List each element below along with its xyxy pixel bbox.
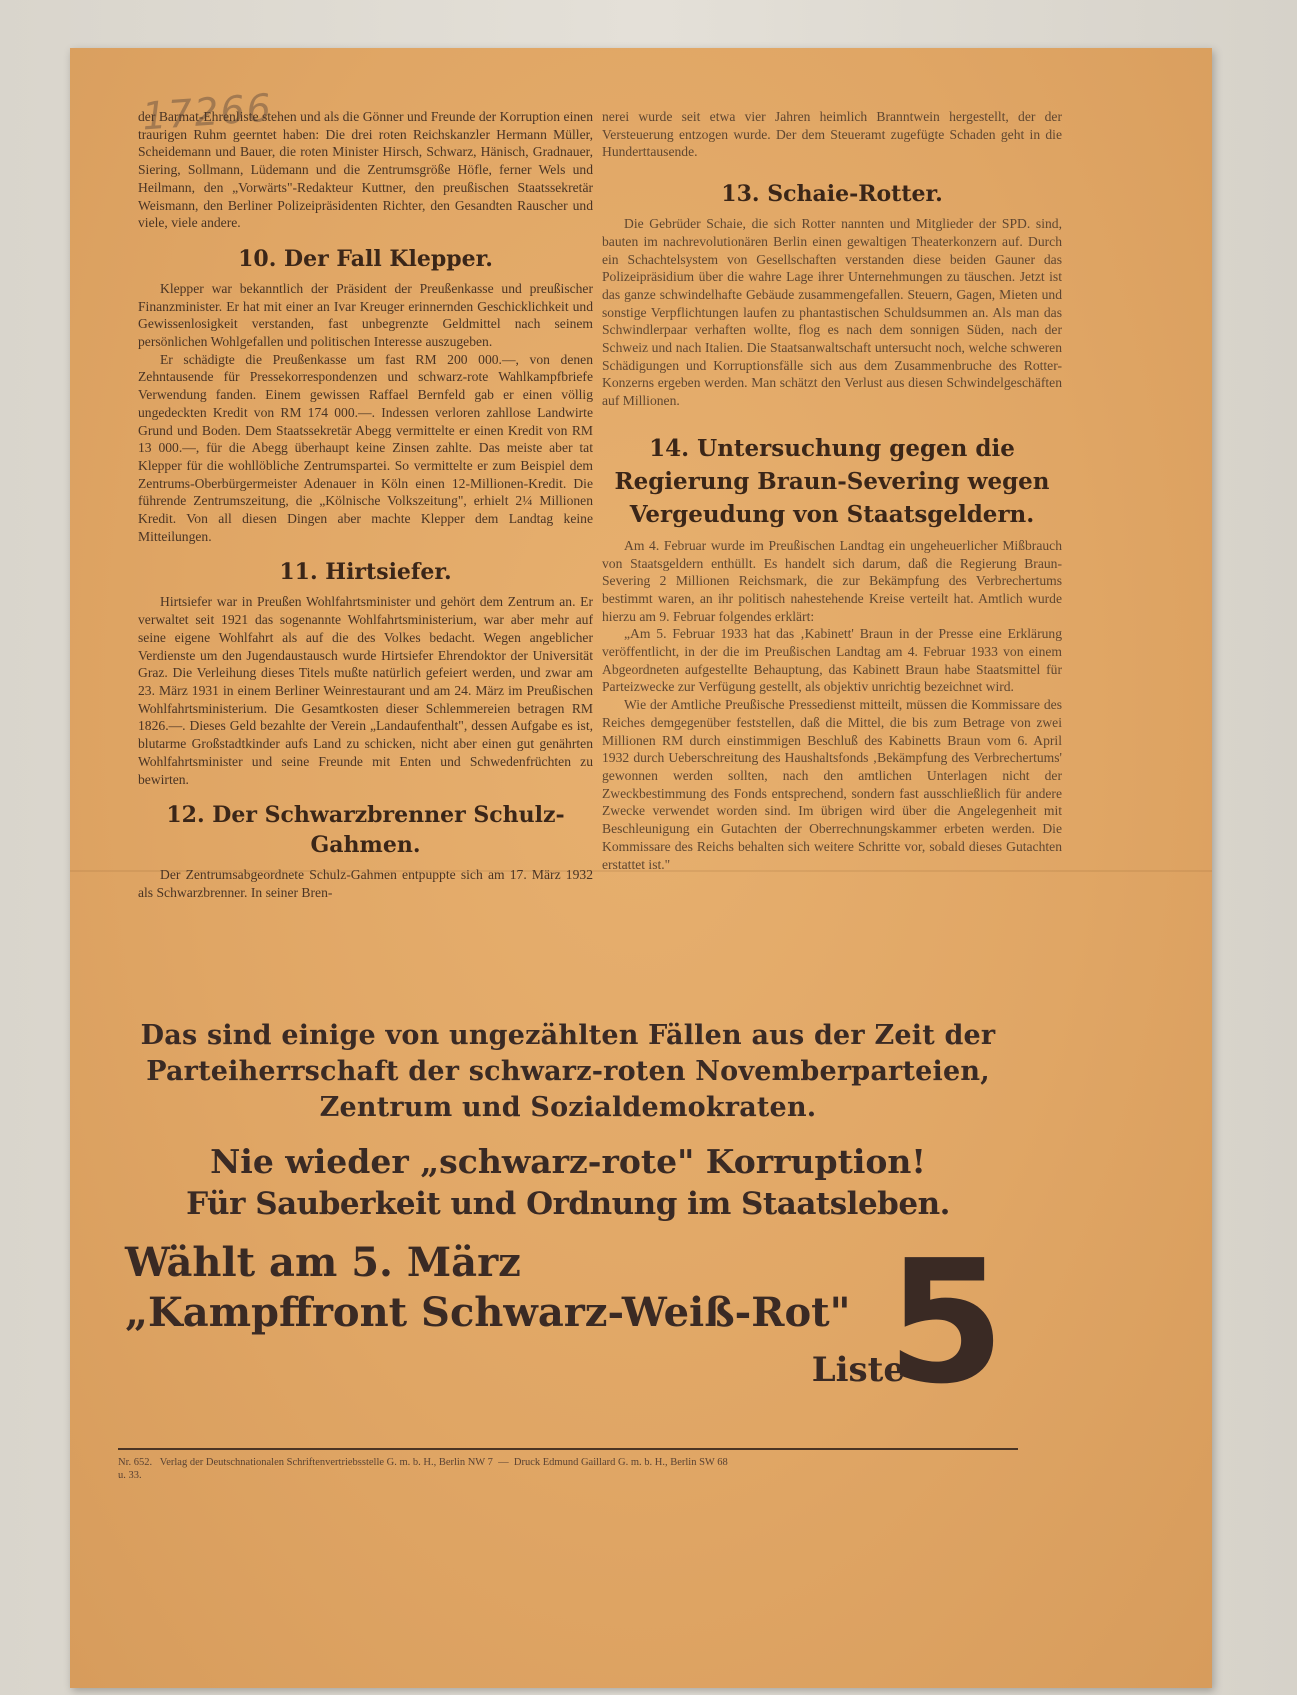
section-12-paragraph: Der Zentrumsabgeordnete Schulz-Gahmen en… (138, 866, 593, 901)
section-heading-14: 14. Untersuchung gegen die Regierung Bra… (602, 432, 1062, 531)
footer-divider (118, 1448, 1018, 1450)
section-10-paragraph: Klepper war bekanntlich der Präsident de… (138, 280, 593, 351)
section-heading-11: 11. Hirtsiefer. (138, 557, 593, 587)
left-column: der Barmat-Ehrenliste stehen und als die… (138, 108, 593, 902)
publisher-imprint: Nr. 652. Verlag der Deutschnationalen Sc… (118, 1456, 1018, 1482)
section-13-paragraph: Die Gebrüder Schaie, die sich Rotter nan… (602, 215, 1062, 410)
closing-block: Das sind einige von ungezählten Fällen a… (118, 1018, 1018, 1224)
section-10-paragraph: Er schädigte die Preußenkasse um fast RM… (138, 351, 593, 546)
section-14-paragraph: Am 4. Februar wurde im Preußischen Landt… (602, 537, 1062, 626)
party-name: „Kampffront Schwarz-Weiß-Rot" (125, 1288, 1005, 1338)
intro-paragraph: der Barmat-Ehrenliste stehen und als die… (138, 108, 593, 232)
vote-call: Wählt am 5. März „Kampffront Schwarz-Wei… (125, 1238, 1005, 1438)
section-heading-12: 12. Der Schwarzbrenner Schulz-Gahmen. (138, 800, 593, 860)
section-11-paragraph: Hirtsiefer war in Preußen Wohlfahrtsmini… (138, 593, 593, 788)
list-number: 5 (887, 1228, 1005, 1418)
vote-date: Wählt am 5. März (125, 1238, 1005, 1288)
continuation-paragraph: nerei wurde seit etwa vier Jahren heimli… (602, 108, 1062, 161)
section-heading-10: 10. Der Fall Klepper. (138, 244, 593, 274)
slogan-no-corruption: Nie wieder „schwarz-rote" Korruption! (118, 1140, 1018, 1184)
slogan-order: Für Sauberkeit und Ordnung im Staatslebe… (118, 1184, 1018, 1224)
section-14-quote: „Am 5. Februar 1933 hat das ‚Kabinett' B… (602, 625, 1062, 696)
section-heading-13: 13. Schaie-Rotter. (602, 179, 1062, 209)
right-column: nerei wurde seit etwa vier Jahren heimli… (602, 108, 1062, 873)
closing-summary: Das sind einige von ungezählten Fällen a… (118, 1018, 1018, 1126)
section-14-paragraph: Wie der Amtliche Preußische Pressedienst… (602, 696, 1062, 873)
